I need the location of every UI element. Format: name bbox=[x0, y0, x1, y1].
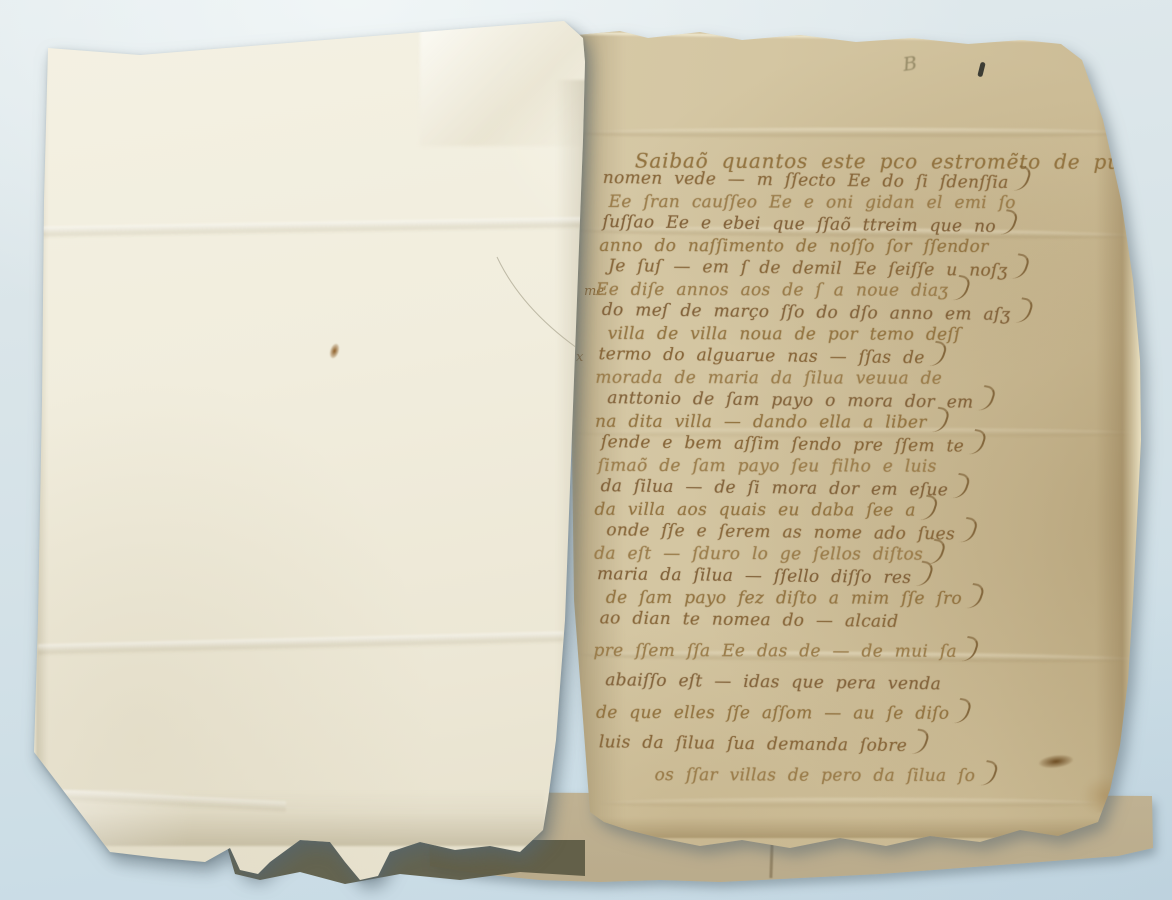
scratch-hairline bbox=[0, 0, 1172, 900]
photo: B me x Saibaõ quantos este pco estromẽto… bbox=[0, 0, 1172, 900]
cover-leaf bbox=[0, 0, 1172, 900]
cover-leaf-wrap bbox=[0, 0, 1172, 900]
